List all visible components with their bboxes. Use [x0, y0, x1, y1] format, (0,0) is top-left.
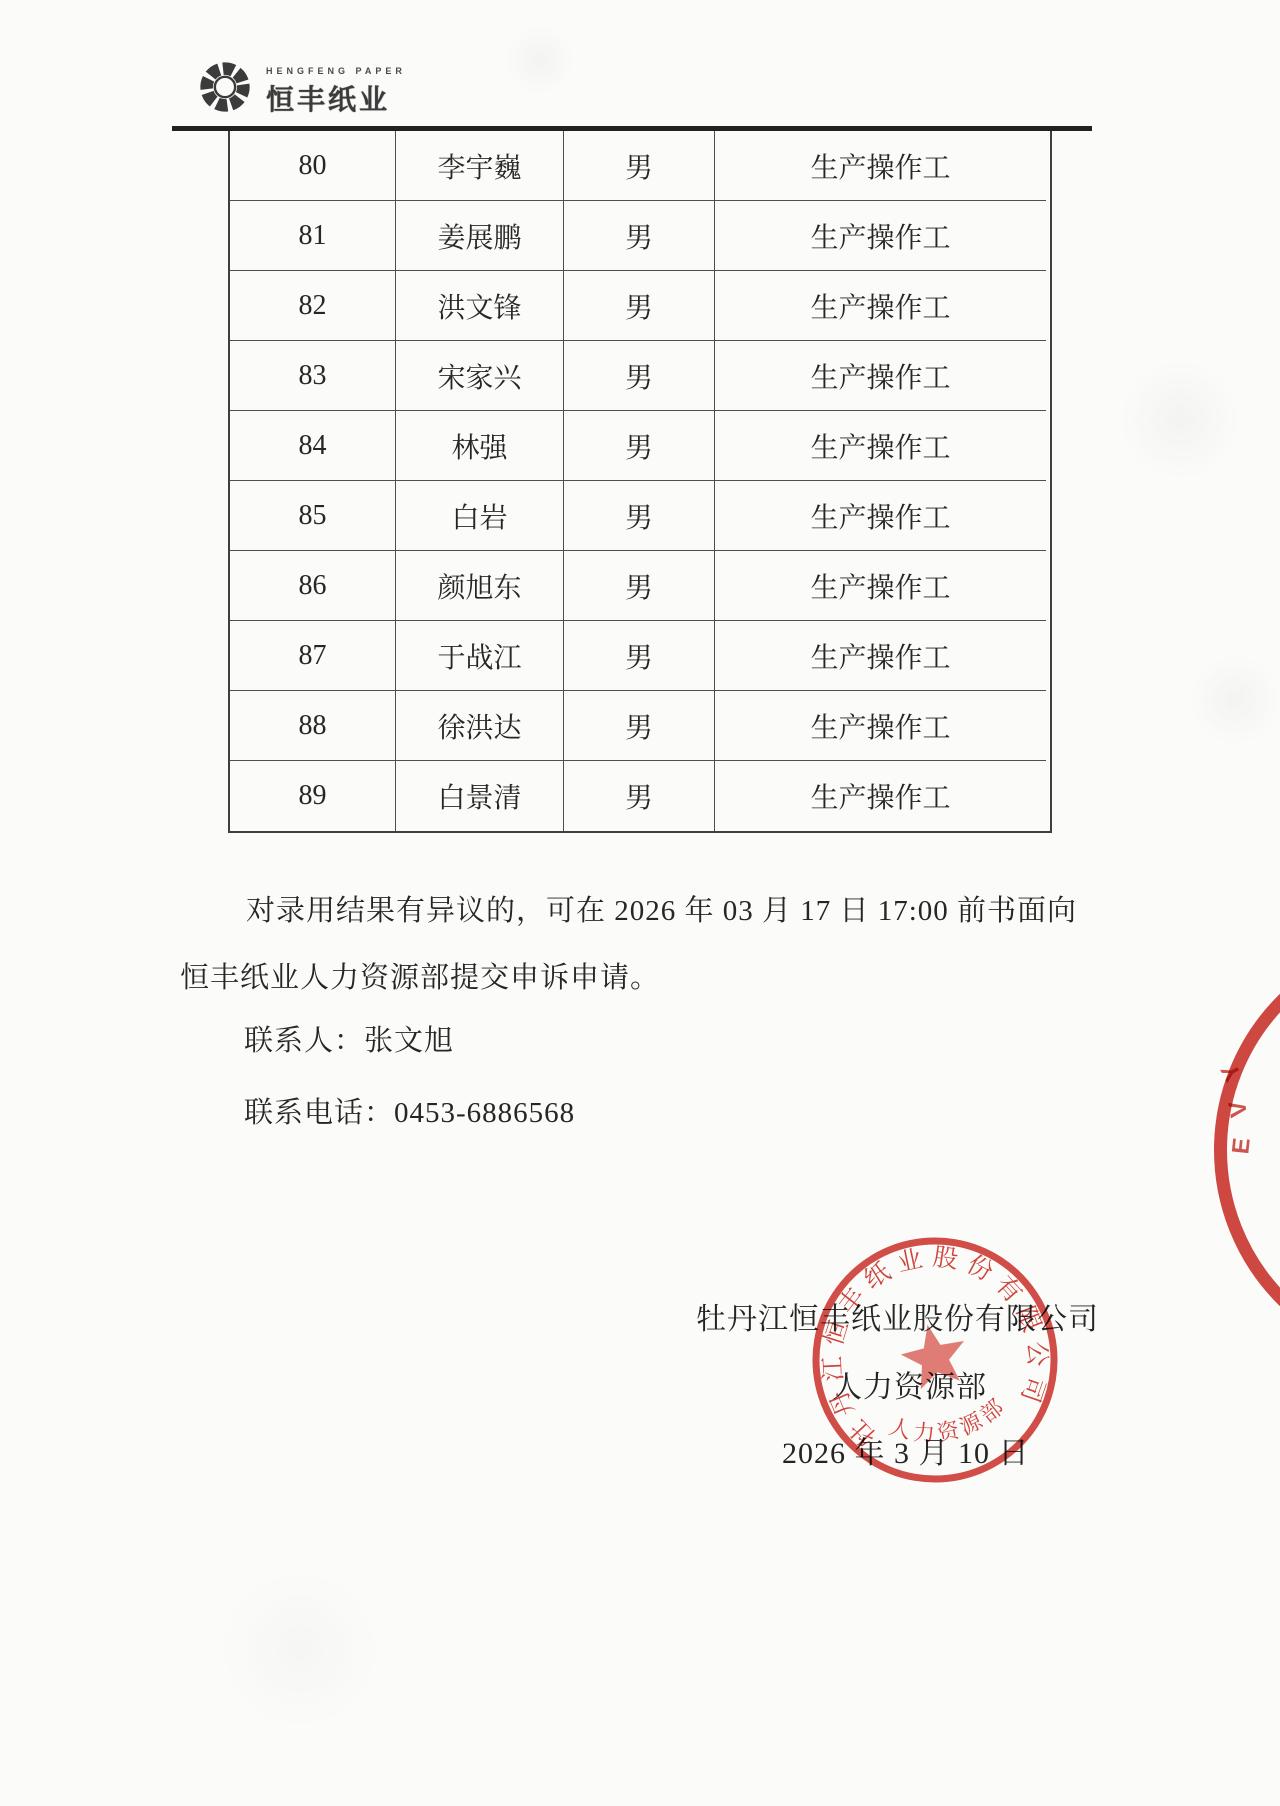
- gender-cell: 男: [564, 621, 715, 691]
- seal-inner-text: 人力资源部: [882, 1390, 1015, 1457]
- name-cell: 白景清: [396, 761, 564, 831]
- position-cell: 生产操作工: [715, 271, 1046, 341]
- hiring-roster-table: 80李宇巍男生产操作工81姜展鹏男生产操作工82洪文锋男生产操作工83宋家兴男生…: [228, 131, 1052, 833]
- gender-cell: 男: [564, 761, 715, 831]
- position-cell: 生产操作工: [715, 761, 1046, 831]
- logo-latin-text: HENGFENG PAPER: [266, 66, 406, 76]
- gender-cell: 男: [564, 551, 715, 621]
- document-page: HENGFENG PAPER 恒丰纸业 80李宇巍男生产操作工81姜展鹏男生产操…: [0, 0, 1280, 1806]
- position-cell: 生产操作工: [715, 131, 1046, 201]
- logo-text-block: HENGFENG PAPER 恒丰纸业: [266, 58, 406, 118]
- position-cell: 生产操作工: [715, 621, 1046, 691]
- gender-cell: 男: [564, 271, 715, 341]
- row-number-cell: 81: [230, 201, 396, 271]
- name-cell: 林强: [396, 411, 564, 481]
- appeal-paragraph-line2: 恒丰纸业人力资源部提交申诉申请。: [180, 955, 660, 996]
- position-cell: 生产操作工: [715, 201, 1046, 271]
- company-logo: HENGFENG PAPER 恒丰纸业: [196, 58, 406, 118]
- row-number-cell: 85: [230, 481, 396, 551]
- position-cell: 生产操作工: [715, 411, 1046, 481]
- edge-stamp-letter: E: [1227, 1137, 1257, 1156]
- position-cell: 生产操作工: [715, 481, 1046, 551]
- gender-cell: 男: [564, 341, 715, 411]
- row-number-cell: 88: [230, 691, 396, 761]
- row-number-cell: 84: [230, 411, 396, 481]
- gender-cell: 男: [564, 411, 715, 481]
- appeal-paragraph-line1: 对录用结果有异议的，可在 2026 年 03 月 17 日 17:00 前书面向: [246, 888, 1077, 929]
- gender-cell: 男: [564, 131, 715, 201]
- position-cell: 生产操作工: [715, 691, 1046, 761]
- row-number-cell: 89: [230, 761, 396, 831]
- row-number-cell: 87: [230, 621, 396, 691]
- name-cell: 于战江: [396, 621, 564, 691]
- row-number-cell: 80: [230, 131, 396, 201]
- name-cell: 洪文锋: [396, 271, 564, 341]
- gender-cell: 男: [564, 481, 715, 551]
- row-number-cell: 83: [230, 341, 396, 411]
- position-cell: 生产操作工: [715, 341, 1046, 411]
- contact-phone-line: 联系电话：0453-6886568: [244, 1090, 575, 1131]
- row-number-cell: 86: [230, 551, 396, 621]
- name-cell: 姜展鹏: [396, 201, 564, 271]
- seal-star-icon: [896, 1318, 972, 1392]
- name-cell: 徐洪达: [396, 691, 564, 761]
- gender-cell: 男: [564, 691, 715, 761]
- position-cell: 生产操作工: [715, 551, 1046, 621]
- name-cell: 李宇巍: [396, 131, 564, 201]
- logo-cjk-text: 恒丰纸业: [266, 78, 406, 118]
- name-cell: 颜旭东: [396, 551, 564, 621]
- contact-person-line: 联系人：张文旭: [244, 1018, 454, 1059]
- name-cell: 白岩: [396, 481, 564, 551]
- pinwheel-logo-icon: [196, 58, 254, 116]
- official-seal: 牡丹江恒丰纸业股份有限公司 人力资源部: [805, 1230, 1065, 1490]
- gender-cell: 男: [564, 201, 715, 271]
- name-cell: 宋家兴: [396, 341, 564, 411]
- row-number-cell: 82: [230, 271, 396, 341]
